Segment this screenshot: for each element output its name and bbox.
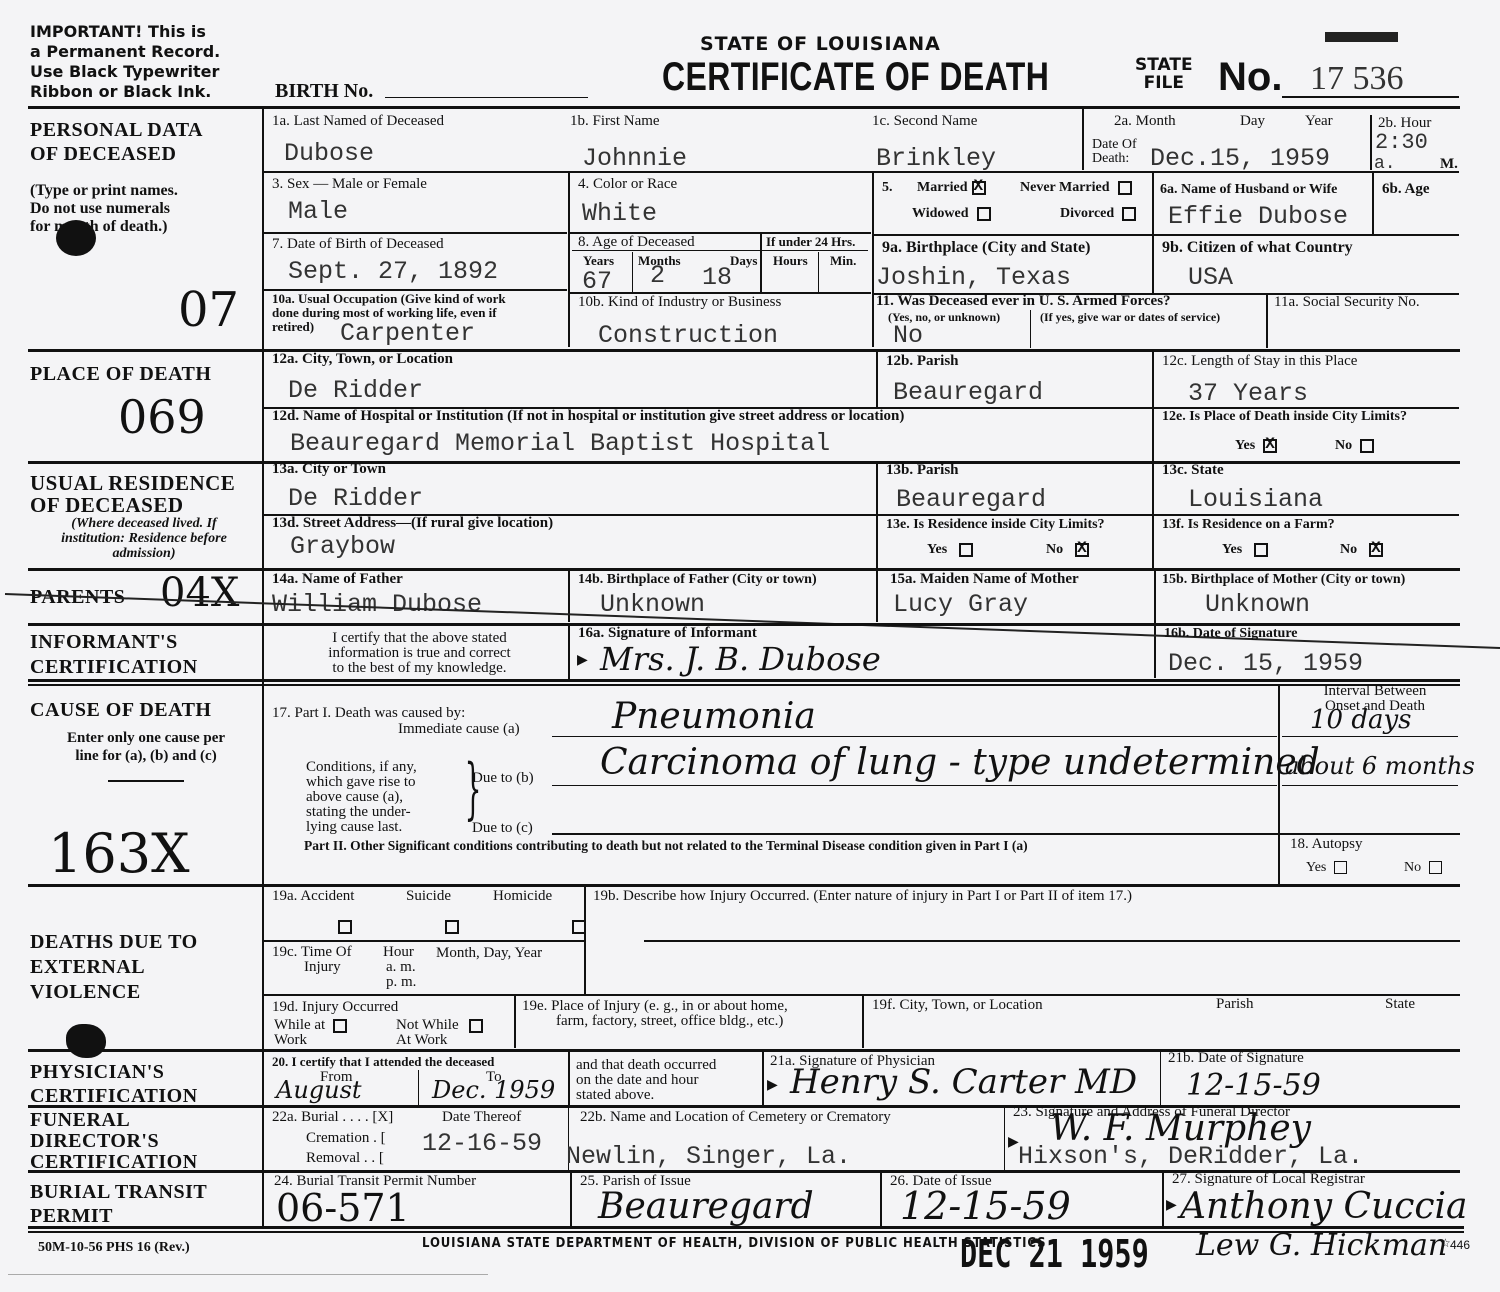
checkbox-city-limits-no[interactable] [1360, 439, 1374, 453]
label-days: Days [730, 254, 757, 267]
checkbox-res-city-limits-yes[interactable] [959, 543, 973, 557]
checkbox-farm-yes[interactable] [1254, 543, 1268, 557]
option-label: Divorced [1060, 206, 1114, 221]
armed-forces-value[interactable]: No [893, 322, 923, 350]
section-burial-transit: BURIAL TRANSIT PERMIT [30, 1180, 207, 1228]
hospital-value[interactable]: Beauregard Memorial Baptist Hospital [290, 430, 830, 458]
injury-description-line[interactable] [644, 940, 1460, 942]
label-res-farm: 13f. Is Residence on a Farm? [1162, 517, 1335, 532]
divider [762, 1052, 764, 1106]
certify-line: I certify that the above stated [272, 631, 567, 646]
file-no-underline [1282, 96, 1459, 98]
section-title: DEATHS DUE TO [30, 930, 198, 955]
label-dob: 7. Date of Birth of Deceased [272, 236, 444, 252]
received-date-stamp: DEC 21 1959 [960, 1232, 1149, 1276]
divider [760, 234, 762, 294]
label-line: a. m. [383, 960, 416, 975]
length-of-stay-value[interactable]: 37 Years [1188, 380, 1308, 408]
certify-text: I certify that the above stated informat… [272, 631, 567, 676]
section-usual-residence: USUAL RESIDENCE OF DECEASED [30, 472, 235, 516]
res-state-value[interactable]: Louisiana [1188, 486, 1323, 514]
option-while-at-work[interactable]: While at Work [274, 1018, 347, 1048]
note-line: Conditions, if any, [306, 760, 417, 775]
due-to-b-line [552, 785, 1277, 786]
label-cemetery: 22b. Name and Location of Cemetery or Cr… [580, 1109, 891, 1125]
ink-blot [56, 220, 96, 256]
divider [872, 172, 874, 347]
label-injury-city: 19f. City, Town, or Location [872, 997, 1043, 1013]
label-res-city-limits: 13e. Is Residence inside City Limits? [886, 517, 1105, 532]
checkbox-autopsy-yes[interactable] [1334, 861, 1347, 874]
important-note: IMPORTANT! This is a Permanent Record. U… [30, 22, 220, 102]
divider [1372, 172, 1374, 234]
important-note-line: a Permanent Record. [30, 42, 220, 62]
place-code: 069 [118, 390, 206, 444]
section-title: EXTERNAL [30, 955, 198, 980]
label-armed-forces-sub2: (If yes, give war or dates of service) [1040, 311, 1220, 324]
state-line: STATE OF LOUISIANA [700, 33, 941, 55]
section-title: PERSONAL DATA [30, 118, 203, 142]
physician-date-value[interactable]: 12-15-59 [1186, 1068, 1321, 1103]
citizen-value[interactable]: USA [1188, 264, 1233, 292]
label-part2: Part II. Other Significant conditions co… [304, 839, 1028, 852]
ink-blot [66, 1024, 106, 1058]
label-injury-state: State [1385, 996, 1415, 1012]
note-line: (Where deceased lived. If [30, 516, 258, 531]
divider [632, 252, 633, 292]
option-label: Never Married [1020, 180, 1110, 195]
section-title: DIRECTOR'S [30, 1131, 198, 1152]
divider [1160, 1052, 1161, 1106]
note-line: for month of death.) [30, 218, 178, 236]
divider [28, 349, 1460, 352]
label-line: Interval Between [1300, 684, 1450, 699]
ampm-value[interactable]: a. [1374, 150, 1396, 178]
date-of-death-prefix: Date Of Death: [1092, 138, 1137, 166]
label-industry: 10b. Kind of Industry or Business [578, 294, 781, 310]
label-min: Min. [830, 254, 856, 267]
scan-edge [8, 1274, 488, 1275]
informant-date-value[interactable]: Dec. 15, 1959 [1168, 650, 1363, 678]
cemetery-value[interactable]: Newlin, Singer, La. [566, 1143, 851, 1171]
death-occurred-text: and that death occurred on the date and … [576, 1058, 716, 1103]
attended-from-value[interactable]: August [276, 1076, 362, 1104]
registrar-signature[interactable]: Anthony Cuccia [1180, 1186, 1468, 1227]
option-label: No [1046, 542, 1063, 557]
note-line: Do not use numerals [30, 200, 178, 218]
label-first-name: 1b. First Name [570, 113, 660, 129]
divider [1266, 294, 1268, 348]
second-name-value[interactable]: Brinkley [876, 145, 996, 173]
section-title: BURIAL TRANSIT [30, 1180, 207, 1204]
divider [818, 252, 819, 292]
interval-b-value[interactable]: about 6 months [1285, 752, 1475, 780]
permit-number-value[interactable]: 06-571 [276, 1186, 410, 1230]
divider [572, 250, 868, 251]
prefix-line: Death: [1092, 152, 1137, 166]
due-to-c-line [552, 833, 1460, 835]
funeral-director-address[interactable]: Hixson's, DeRidder, La. [1018, 1143, 1363, 1171]
label-spouse-age: 6b. Age [1382, 182, 1430, 197]
option-label: Yes [1235, 438, 1255, 453]
label-describe-injury: 19b. Describe how Injury Occurred. (Ente… [593, 888, 1132, 904]
section-physician: PHYSICIAN'S CERTIFICATION [30, 1060, 198, 1108]
option-not-while-at-work[interactable]: Not While At Work [396, 1018, 483, 1048]
option-res-city-limits-yes[interactable]: Yes [927, 542, 973, 557]
occupation-value[interactable]: Carpenter [340, 320, 475, 348]
note-line: Enter only one cause per [36, 729, 256, 747]
divider [264, 940, 584, 942]
divider [876, 352, 878, 408]
label-injury-parish: Parish [1216, 996, 1254, 1012]
age-days-value[interactable]: 18 [702, 264, 732, 292]
label-removal: Removal . . [ [306, 1150, 384, 1166]
res-city-value[interactable]: De Ridder [288, 485, 423, 513]
divider [1152, 172, 1154, 234]
label-death-parish: 12b. Parish [886, 354, 959, 369]
checkbox-farm-no[interactable] [1369, 543, 1383, 557]
spouse-value[interactable]: Effie Dubose [1168, 203, 1348, 231]
note-line: which gave rise to [306, 775, 417, 790]
option-never-married[interactable]: Never Married [1020, 180, 1132, 195]
label-spouse: 6a. Name of Husband or Wife [1160, 182, 1337, 197]
label-time-of-injury: 19c. Time Of Injury [272, 945, 352, 975]
divider [874, 234, 1459, 236]
divider [570, 1172, 572, 1227]
state-registrar-signature: Lew G. Hickman [1196, 1228, 1447, 1263]
state-file-label-line: STATE [1135, 56, 1193, 74]
label-suicide: Suicide [406, 888, 451, 904]
certify-line: information is true and correct [272, 646, 567, 661]
label-res-parish: 13b. Parish [886, 463, 959, 478]
option-label: Yes [927, 542, 947, 557]
label-month: 2a. Month [1114, 113, 1176, 129]
section-title: USUAL RESIDENCE [30, 472, 235, 494]
label-immediate-cause: Immediate cause (a) [398, 721, 520, 737]
label-hospital: 12d. Name of Hospital or Institution (If… [272, 409, 904, 424]
divider [1004, 1107, 1005, 1171]
label-attended: 20. I certify that I attended the deceas… [272, 1055, 494, 1068]
label-death-city: 12a. City, Town, or Location [272, 352, 453, 367]
divider [28, 684, 1460, 686]
important-note-line: Ribbon or Black Ink. [30, 82, 220, 102]
divider [584, 886, 586, 996]
option-label: Married [917, 180, 968, 195]
label-citizen: 9b. Citizen of what Country [1162, 240, 1353, 255]
option-farm-no[interactable]: No [1340, 542, 1383, 557]
option-label: No [1340, 542, 1357, 557]
birthplace-value[interactable]: Joshin, Texas [876, 264, 1071, 292]
date-of-death-value[interactable]: Dec.15, 1959 [1150, 145, 1330, 173]
label-line: done during most of working life, even i… [272, 306, 506, 320]
age-months-value[interactable]: 2 [650, 262, 665, 290]
label-marital: 5. [882, 180, 893, 195]
section-title: VIOLENCE [30, 980, 198, 1005]
option-divorced[interactable]: Divorced [1060, 206, 1136, 221]
option-widowed[interactable]: Widowed [912, 206, 991, 221]
divider [876, 464, 878, 569]
label-informant-date: 16b. Date of Signature [1164, 626, 1298, 641]
label-accident: 19a. Accident [272, 888, 354, 904]
personal-note: (Type or print names. Do not use numeral… [30, 182, 178, 236]
death-city-value[interactable]: De Ridder [288, 377, 423, 405]
divider [418, 1070, 419, 1106]
label-cause-part1: 17. Part I. Death was caused by: [272, 705, 465, 721]
divider [262, 106, 264, 1226]
divider [28, 106, 1460, 109]
divider [568, 1052, 570, 1106]
label-line: 19c. Time Of [272, 945, 352, 960]
state-file-label-line: FILE [1135, 74, 1193, 92]
label-line: Hour [383, 945, 416, 960]
important-note-line: IMPORTANT! This is [30, 22, 220, 42]
section-place-of-death: PLACE OF DEATH [30, 362, 211, 386]
option-label: Widowed [912, 206, 969, 221]
label-under-24: If under 24 Hrs. [766, 235, 855, 248]
text-line: and that death occurred [576, 1058, 716, 1073]
sex-value[interactable]: Male [288, 198, 348, 226]
option-label: Yes [1306, 860, 1326, 875]
option-label: No [1335, 438, 1352, 453]
divider [28, 679, 1460, 682]
option-autopsy-yes[interactable]: Yes [1306, 860, 1347, 876]
dob-value[interactable]: Sept. 27, 1892 [288, 258, 498, 286]
label-due-to-c: Due to (c) [472, 820, 533, 836]
burial-date-value[interactable]: 12-16-59 [422, 1130, 542, 1158]
divider [1162, 1172, 1164, 1227]
arrow-icon: ▶ [767, 1077, 778, 1094]
option-label: Yes [1222, 542, 1242, 557]
option-city-limits-yes[interactable]: Yes [1235, 438, 1277, 453]
cause-note: Enter only one cause per line for (a), (… [36, 729, 256, 765]
brace-icon: } [465, 756, 482, 822]
label-cremation: Cremation . [ [306, 1130, 386, 1146]
divider [880, 1172, 882, 1227]
option-farm-yes[interactable]: Yes [1222, 542, 1268, 557]
page-mark: 446 [1450, 1238, 1470, 1252]
important-note-line: Use Black Typewriter [30, 62, 220, 82]
section-cause-of-death: CAUSE OF DEATH [30, 698, 211, 722]
redacted-block [1325, 32, 1398, 42]
section-title: OF DECEASED [30, 142, 203, 166]
note-line: line for (a), (b) and (c) [36, 747, 256, 765]
checkbox-not-while-at-work[interactable] [469, 1019, 483, 1033]
divider [1082, 108, 1084, 170]
checkbox-widowed[interactable] [977, 207, 991, 221]
label-inside-city-limits: 12e. Is Place of Death inside City Limit… [1162, 409, 1407, 424]
divider [108, 780, 184, 782]
conditions-note: Conditions, if any, which gave rise to a… [306, 760, 417, 835]
label-ssn: 11a. Social Security No. [1274, 294, 1420, 310]
label-line: p. m. [383, 975, 416, 990]
street-address-value[interactable]: Graybow [290, 533, 395, 561]
birth-no-label: BIRTH No. [275, 80, 373, 103]
label-line: 10a. Usual Occupation (Give kind of work [272, 292, 506, 306]
label-day: Day [1240, 113, 1265, 129]
physician-signature[interactable]: Henry S. Carter MD [790, 1062, 1137, 1102]
label-informant-signature: 16a. Signature of Informant [578, 626, 757, 641]
option-married[interactable]: Married [917, 180, 986, 195]
checkbox-city-limits-yes[interactable] [1263, 439, 1277, 453]
state-file-number: 17 536 [1310, 60, 1404, 98]
checkbox-accident[interactable] [338, 920, 352, 934]
label-res-state: 13c. State [1162, 463, 1224, 478]
section-title: PHYSICIAN'S [30, 1060, 198, 1084]
label-physician-date: 21b. Date of Signature [1168, 1050, 1304, 1066]
divider [514, 996, 516, 1048]
race-value[interactable]: White [582, 200, 657, 228]
label-year: Year [1305, 113, 1333, 129]
option-city-limits-no[interactable]: No [1335, 438, 1374, 453]
label-years: Years [583, 254, 614, 267]
label-second-name: 1c. Second Name [872, 113, 977, 129]
label-registrar: 27. Signature of Local Registrar [1172, 1171, 1365, 1187]
divider [264, 171, 1459, 173]
text-line: on the date and hour [576, 1073, 716, 1088]
checkbox-suicide[interactable] [445, 920, 459, 934]
label-autopsy: 18. Autopsy [1290, 836, 1363, 852]
interval-a-line [1282, 736, 1458, 737]
due-to-b-value[interactable]: Carcinoma of lung - type undetermined [600, 742, 1320, 783]
checkbox-res-city-limits-no[interactable] [1075, 543, 1089, 557]
note-line: above cause (a), [306, 790, 417, 805]
option-label: Not While [396, 1017, 459, 1033]
label-length-of-stay: 12c. Length of Stay in this Place [1162, 353, 1357, 369]
section-informant: INFORMANT'S CERTIFICATION [30, 630, 198, 680]
option-label: No [1404, 860, 1421, 875]
label-injury-hour: Hour a. m. p. m. [383, 945, 416, 990]
section-personal-data: PERSONAL DATA OF DECEASED [30, 118, 203, 166]
label-line: farm, factory, street, office bldg., etc… [522, 1014, 788, 1029]
label-hours: Hours [773, 254, 808, 267]
label-race: 4. Color or Race [578, 176, 677, 192]
label-street-address: 13d. Street Address—(If rural give locat… [272, 516, 553, 531]
section-title: CERTIFICATION [30, 655, 198, 680]
divider [28, 884, 1460, 887]
divider [1152, 236, 1154, 294]
death-parish-value[interactable]: Beauregard [893, 379, 1043, 407]
section-title: OF DECEASED [30, 494, 235, 516]
divider [28, 461, 1460, 464]
option-autopsy-no[interactable]: No [1404, 860, 1442, 876]
label-due-to-b: Due to (b) [472, 770, 534, 786]
arrow-icon: ▶ [577, 652, 588, 669]
no-label: No. [1218, 55, 1282, 100]
option-label: At Work [396, 1033, 483, 1048]
divider [1278, 686, 1280, 886]
divider [264, 232, 567, 234]
divider [568, 172, 570, 347]
label-hour: 2b. Hour [1378, 115, 1431, 131]
divider [1152, 464, 1154, 569]
state-file-label: STATE FILE [1135, 56, 1193, 92]
text-line: stated above. [576, 1088, 716, 1103]
divider [568, 625, 570, 679]
note-line: admission) [30, 546, 258, 561]
section-external-violence: DEATHS DUE TO EXTERNAL VIOLENCE [30, 930, 198, 1005]
interval-a-value[interactable]: 10 days [1310, 705, 1412, 735]
form-number: 50M-10-56 PHS 16 (Rev.) [38, 1240, 190, 1256]
section-title: INFORMANT'S [30, 630, 198, 655]
certify-line: to the best of my knowledge. [272, 661, 567, 676]
attended-to-value[interactable]: Dec. 1959 [432, 1076, 555, 1104]
label-homicide: Homicide [493, 888, 552, 904]
label-injury-date: Month, Day, Year [436, 945, 542, 961]
cause-code: 163X [48, 822, 190, 885]
divider [28, 568, 1460, 571]
option-res-city-limits-no[interactable]: No [1046, 542, 1089, 557]
divider [1370, 115, 1372, 170]
prefix-line: Date Of [1092, 138, 1137, 152]
checkbox-autopsy-no[interactable] [1429, 861, 1442, 874]
label-res-city: 13a. City or Town [272, 462, 386, 477]
arrow-icon: ▶ [1166, 1197, 1177, 1214]
option-label: While at [274, 1017, 325, 1033]
label-burial: 22a. Burial . . . . [X] [272, 1109, 393, 1125]
note-line: (Type or print names. [30, 182, 178, 200]
department-line: LOUISIANA STATE DEPARTMENT OF HEALTH, DI… [422, 1236, 1046, 1251]
section-title: FUNERAL [30, 1110, 198, 1131]
residence-note: (Where deceased lived. If institution: R… [30, 516, 258, 561]
divider [862, 996, 864, 1048]
industry-value[interactable]: Construction [598, 322, 778, 350]
label-line: 19e. Place of Injury (e. g., in or about… [522, 999, 788, 1014]
date-of-issue-value[interactable]: 12-15-59 [900, 1184, 1071, 1228]
immediate-cause-value[interactable]: Pneumonia [612, 696, 816, 737]
label-injury-occurred: 19d. Injury Occurred [272, 999, 398, 1015]
section-title: PERMIT [30, 1204, 207, 1228]
page-title: CERTIFICATE OF DEATH [662, 55, 1049, 100]
label-place-of-injury: 19e. Place of Injury (e. g., in or about… [522, 999, 788, 1029]
section-funeral-director: FUNERAL DIRECTOR'S CERTIFICATION [30, 1110, 198, 1173]
parish-of-issue-value[interactable]: Beauregard [598, 1186, 814, 1227]
label-armed-forces: 11. Was Deceased ever in U. S. Armed For… [876, 294, 1171, 309]
interval-b-line [1282, 785, 1458, 786]
checkbox-married[interactable] [972, 181, 986, 195]
last-name-value[interactable]: Dubose [284, 140, 374, 168]
label-last-name: 1a. Last Named of Deceased [272, 113, 444, 129]
note-line: lying cause last. [306, 820, 417, 835]
res-parish-value[interactable]: Beauregard [896, 486, 1046, 514]
birth-no-field[interactable] [385, 97, 588, 98]
checkbox-never-married[interactable] [1118, 181, 1132, 195]
label-line: Injury [272, 960, 352, 975]
divider [1030, 310, 1031, 348]
personal-code: 07 [178, 282, 239, 338]
label-age: 8. Age of Deceased [578, 234, 695, 250]
label-sex: 3. Sex — Male or Female [272, 176, 427, 192]
label-date-thereof: Date Thereof [442, 1109, 521, 1125]
option-label: Work [274, 1033, 347, 1048]
informant-signature[interactable]: Mrs. J. B. Dubose [600, 640, 881, 678]
note-line: stating the under- [306, 805, 417, 820]
label-birthplace: 9a. Birthplace (City and State) [882, 240, 1090, 255]
checkbox-divorced[interactable] [1122, 207, 1136, 221]
first-name-value[interactable]: Johnnie [582, 145, 687, 173]
note-line: institution: Residence before [30, 531, 258, 546]
meridian-suffix: M. [1440, 156, 1458, 172]
checkbox-while-at-work[interactable] [333, 1019, 347, 1033]
